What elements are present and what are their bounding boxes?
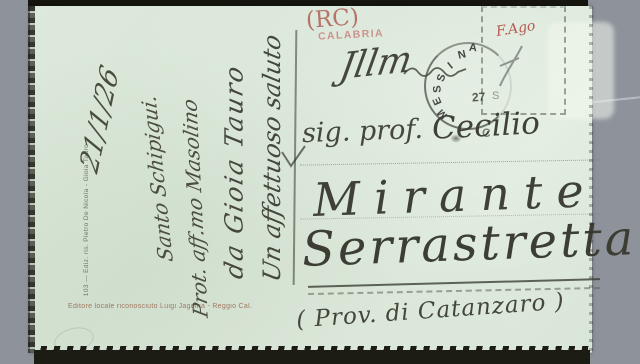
postmark-day: 27	[472, 90, 486, 105]
address-town: Serrastretta	[301, 210, 637, 278]
handwritten-greeting-line2: da Gioia Tauro	[220, 18, 249, 324]
postmark-letter: S	[431, 85, 443, 93]
pencil-check-stroke	[496, 44, 526, 89]
red-annotation-region: CALABRIA	[318, 27, 385, 42]
handwritten-signature-2: Santo Schipigui.	[131, 47, 183, 309]
address-province: ( Prov. di Catanzaro )	[295, 289, 565, 334]
flourish-tail-stroke	[402, 64, 468, 80]
scan-edge-bottom	[34, 350, 590, 364]
postcard-back: 103 — Ediz. ris. Pietro De Nicola - Gioi…	[30, 6, 592, 353]
scanned-postcard-scene: 103 — Ediz. ris. Pietro De Nicola - Gioi…	[0, 0, 640, 364]
address-first-name: Cecilio	[431, 105, 541, 147]
postmark-letter: A	[469, 42, 478, 55]
address-honorific: sig. prof.	[301, 114, 423, 149]
handwritten-date: 21/1/26	[70, 38, 129, 201]
postmark-faint-char: S	[492, 90, 499, 102]
